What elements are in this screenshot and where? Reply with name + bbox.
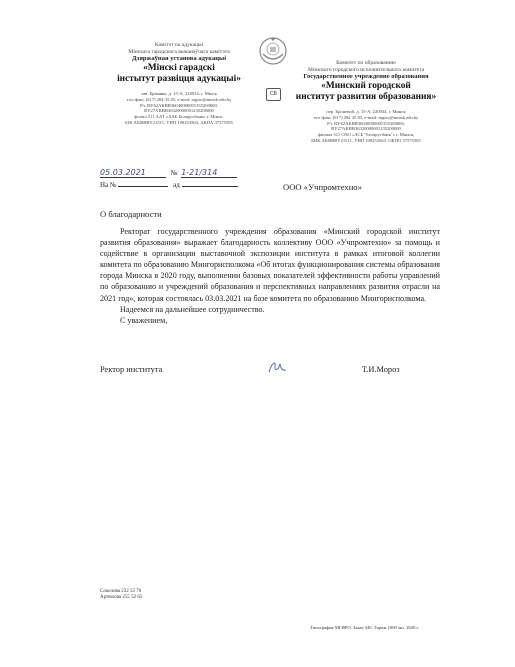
addressee: ООО «Учпромтехно» <box>283 182 362 192</box>
header-right-address: пер. Броневой, д. 15-А, 220034, г. Минск… <box>282 109 450 145</box>
signature-icon <box>266 360 288 374</box>
header-left-address: зав. Бранявы, д. 15-А, 220034, г. Мінск … <box>100 91 258 127</box>
header-right-name-1: «Минский городской <box>282 81 450 92</box>
letter-page: Камітэт па адукацыі Мінскага гарадскога … <box>0 0 515 667</box>
body-paragraph: Ректорат государственного учреждения обр… <box>100 226 440 304</box>
address-line: БІК AKBBBY21511, УНП 190253563, АКПА 375… <box>100 120 258 126</box>
body-paragraph: Надеемся на дальнейшее сотрудничество. <box>100 304 440 315</box>
header-left-name-1: «Мінскі гарадскі <box>100 63 258 74</box>
closing: С уважением, <box>100 315 440 326</box>
address-line: БИК AKBBBY21511, УНП 190253563, ОКПО 375… <box>282 138 450 144</box>
incoming-reference: На № ад <box>100 179 238 189</box>
header-left-name-2: інстытут развіцця адукацыі» <box>100 74 258 85</box>
signer-position: Ректор института <box>100 365 162 374</box>
header-right-line1: Комитет по образованию <box>282 60 450 67</box>
header-left: Камітэт па адукацыі Мінскага гарадскога … <box>100 42 258 126</box>
contacts: Соколова 232 55 76 Артюхова 255 52 65 <box>100 589 142 601</box>
in-reply-blank <box>118 179 168 187</box>
header-right-line2: Минского городского исполнительного коми… <box>282 67 450 74</box>
outgoing-reference: 05.03.2021 № 1-21/314 <box>100 168 237 178</box>
signer-name: Т.И.Мороз <box>362 365 400 374</box>
header-right-name-2: институт развития образования» <box>282 92 450 103</box>
from-blank <box>182 179 238 187</box>
from-label: ад <box>173 181 180 189</box>
bank-logo-icon: СБ <box>266 88 281 101</box>
letter-number: 1-21/314 <box>181 168 237 178</box>
header-left-line2: Мінскага гарадскога выканаўчага камітэта <box>100 49 258 56</box>
header-right-org-type: Государственное учреждение образования <box>282 73 450 81</box>
in-reply-label: На № <box>100 181 117 189</box>
header-left-org-type: Дзяржаўная установа адукацыі <box>100 55 258 63</box>
letter-date: 05.03.2021 <box>100 168 166 178</box>
subject: О благодарности <box>100 209 162 219</box>
header-right: Комитет по образованию Минского городско… <box>282 60 450 144</box>
number-label: № <box>171 169 178 177</box>
letter-body: Ректорат государственного учреждения обр… <box>100 226 440 326</box>
header-left-line1: Камітэт па адукацыі <box>100 42 258 49</box>
printing-info: Типография МГИРО. Заказ 340. Тираж 1000 … <box>310 625 419 630</box>
contact-line: Артюхова 255 52 65 <box>100 595 142 601</box>
